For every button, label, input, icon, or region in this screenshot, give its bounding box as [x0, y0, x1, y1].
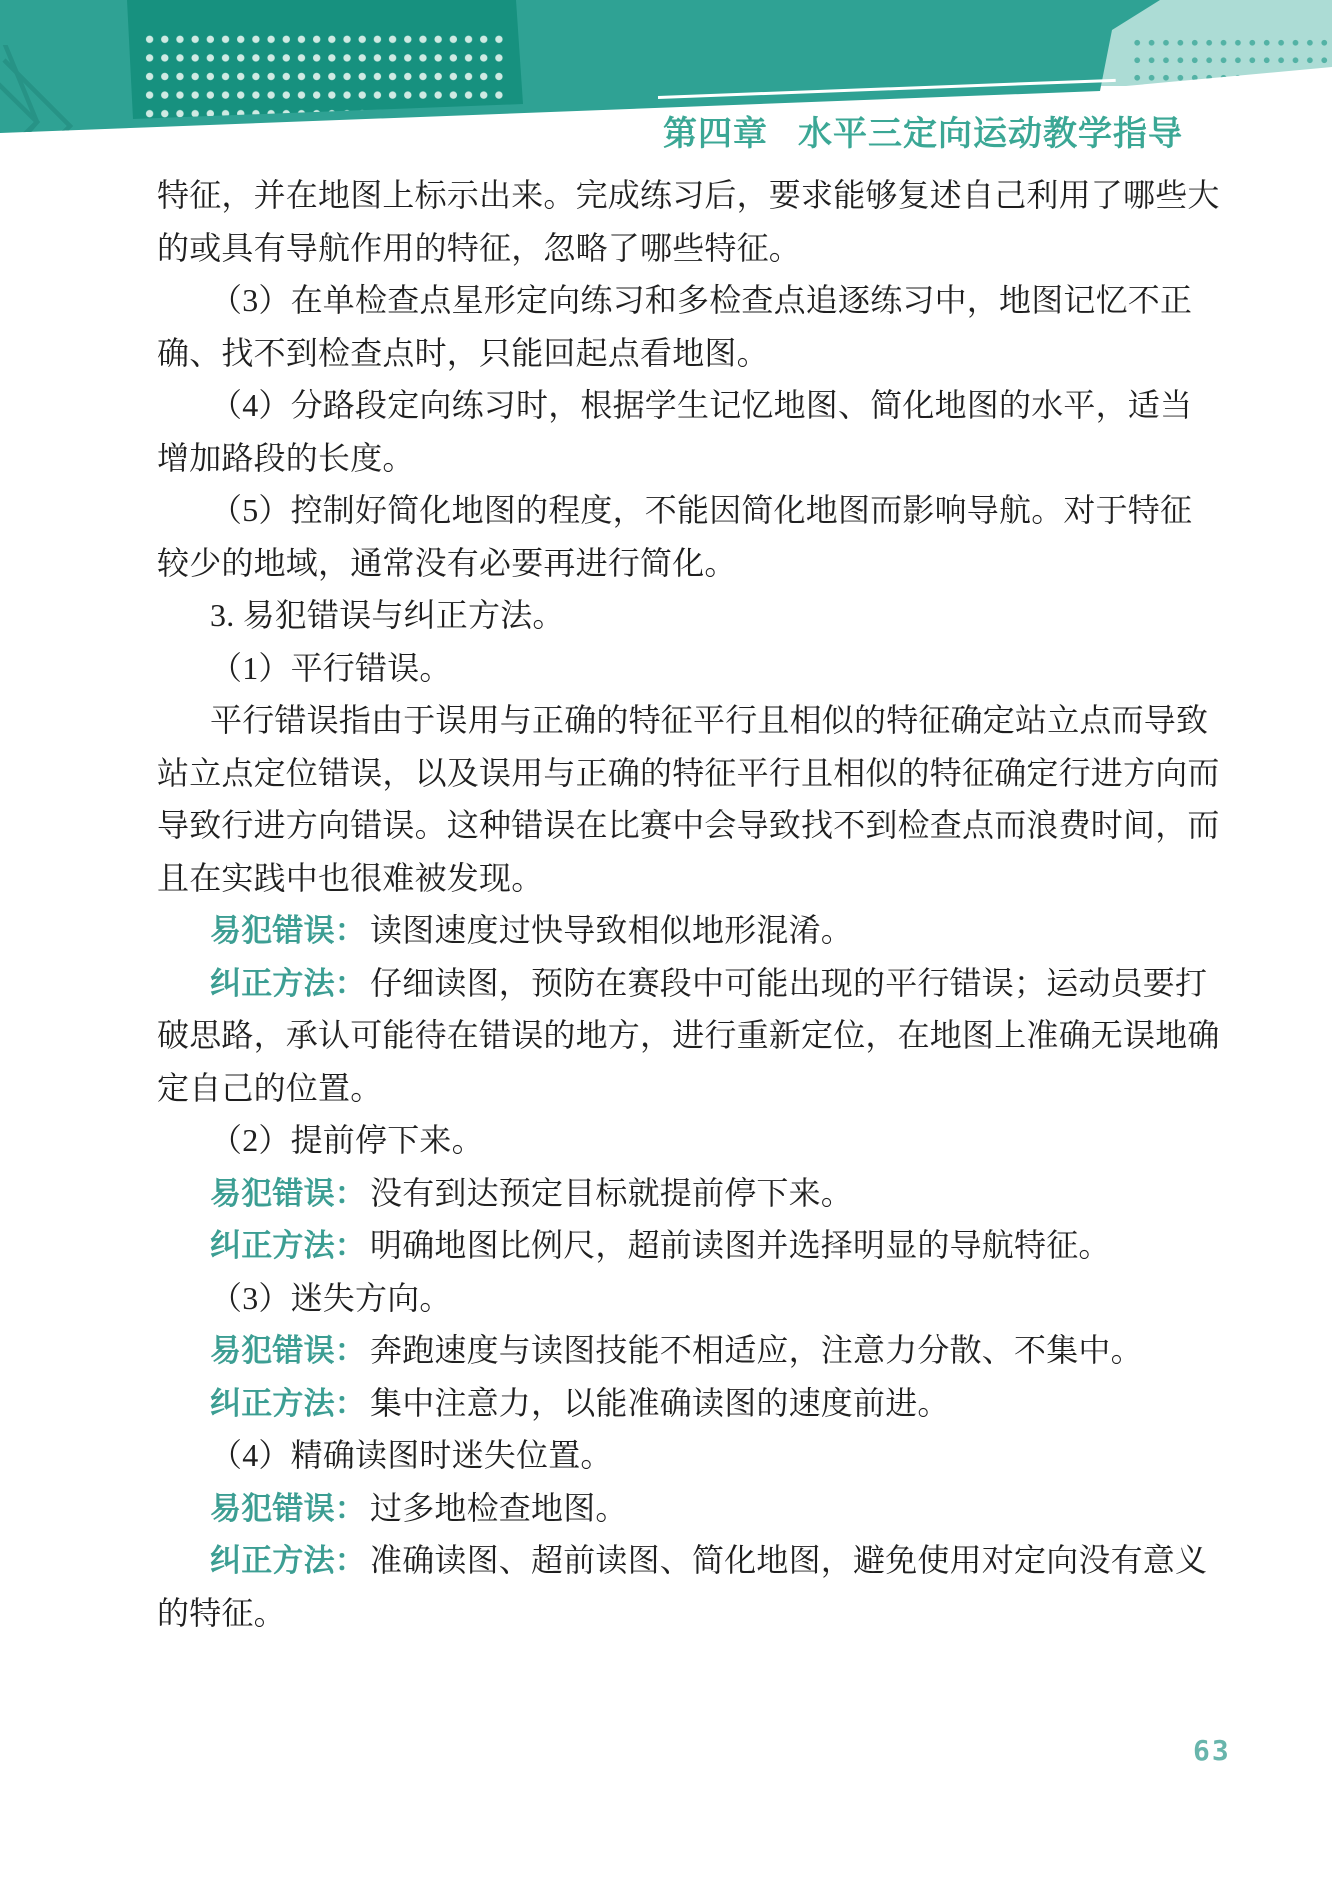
text-line: 的或具有导航作用的特征，忽略了哪些特征。: [157, 222, 1232, 275]
highlight-label: 纠正方法：: [210, 966, 366, 1001]
text-line: （2）提前停下来。: [157, 1114, 1232, 1167]
highlight-label: 易犯错误：: [210, 913, 366, 948]
teal-dots-pattern: [1128, 32, 1332, 85]
highlight-label: 纠正方法：: [210, 1386, 366, 1421]
chevron-decoration-icon: [0, 45, 110, 175]
chapter-name: 水平三定向运动教学指导: [798, 115, 1183, 153]
text-line: 易犯错误：没有到达预定目标就提前停下来。: [157, 1167, 1232, 1220]
text-line: 增加路段的长度。: [157, 432, 1232, 485]
text-line: （3）在单检查点星形定向练习和多检查点追逐练习中，地图记忆不正: [157, 274, 1232, 327]
text-line: 确、找不到检查点时，只能回起点看地图。: [157, 327, 1232, 380]
text-line: 易犯错误：读图速度过快导致相似地形混淆。: [157, 904, 1232, 957]
page-number: 63: [1193, 1737, 1231, 1765]
text-line: （1）平行错误。: [157, 642, 1232, 695]
body-text: 特征，并在地图上标示出来。完成练习后，要求能够复述自己利用了哪些大的或具有导航作…: [157, 169, 1232, 1639]
text-line: 易犯错误：过多地检查地图。: [157, 1482, 1232, 1535]
text-line: 较少的地域，通常没有必要再进行简化。: [157, 537, 1232, 590]
text-line: 3. 易犯错误与纠正方法。: [157, 589, 1232, 642]
text-line: 定自己的位置。: [157, 1062, 1232, 1115]
text-line: （3）迷失方向。: [157, 1272, 1232, 1325]
text-line: 的特征。: [157, 1587, 1232, 1640]
highlight-label: 易犯错误：: [210, 1176, 366, 1211]
header-banner: 第四章水平三定向运动教学指导: [0, 0, 1332, 175]
highlight-label: 纠正方法：: [210, 1543, 366, 1578]
light-dots-pattern: [140, 28, 506, 120]
text-line: 纠正方法：集中注意力，以能准确读图的速度前进。: [157, 1377, 1232, 1430]
header-dark-shape: [127, 0, 523, 122]
highlight-label: 纠正方法：: [210, 1228, 366, 1263]
highlight-label: 易犯错误：: [210, 1491, 366, 1526]
text-line: 特征，并在地图上标示出来。完成练习后，要求能够复述自己利用了哪些大: [157, 169, 1232, 222]
text-line: 纠正方法：明确地图比例尺，超前读图并选择明显的导航特征。: [157, 1219, 1232, 1272]
highlight-label: 易犯错误：: [210, 1333, 366, 1368]
chapter-number: 第四章: [663, 115, 768, 153]
text-line: 导致行进方向错误。这种错误在比赛中会导致找不到检查点而浪费时间，而: [157, 799, 1232, 852]
text-line: 站立点定位错误，以及误用与正确的特征平行且相似的特征确定行进方向而: [157, 747, 1232, 800]
text-line: 易犯错误：奔跑速度与读图技能不相适应，注意力分散、不集中。: [157, 1324, 1232, 1377]
text-line: （4）精确读图时迷失位置。: [157, 1429, 1232, 1482]
text-line: 纠正方法：仔细读图，预防在赛段中可能出现的平行错误；运动员要打: [157, 957, 1232, 1010]
text-line: 平行错误指由于误用与正确的特征平行且相似的特征确定站立点而导致: [157, 694, 1232, 747]
text-line: （5）控制好简化地图的程度，不能因简化地图而影响导航。对于特征: [157, 484, 1232, 537]
text-line: 且在实践中也很难被发现。: [157, 852, 1232, 905]
text-line: 纠正方法：准确读图、超前读图、简化地图，避免使用对定向没有意义: [157, 1534, 1232, 1587]
chapter-heading: 第四章水平三定向运动教学指导: [663, 117, 1183, 151]
text-line: （4）分路段定向练习时，根据学生记忆地图、简化地图的水平，适当: [157, 379, 1232, 432]
text-line: 破思路，承认可能待在错误的地方，进行重新定位，在地图上准确无误地确: [157, 1009, 1232, 1062]
book-page: 第四章水平三定向运动教学指导 特征，并在地图上标示出来。完成练习后，要求能够复述…: [0, 0, 1332, 1885]
